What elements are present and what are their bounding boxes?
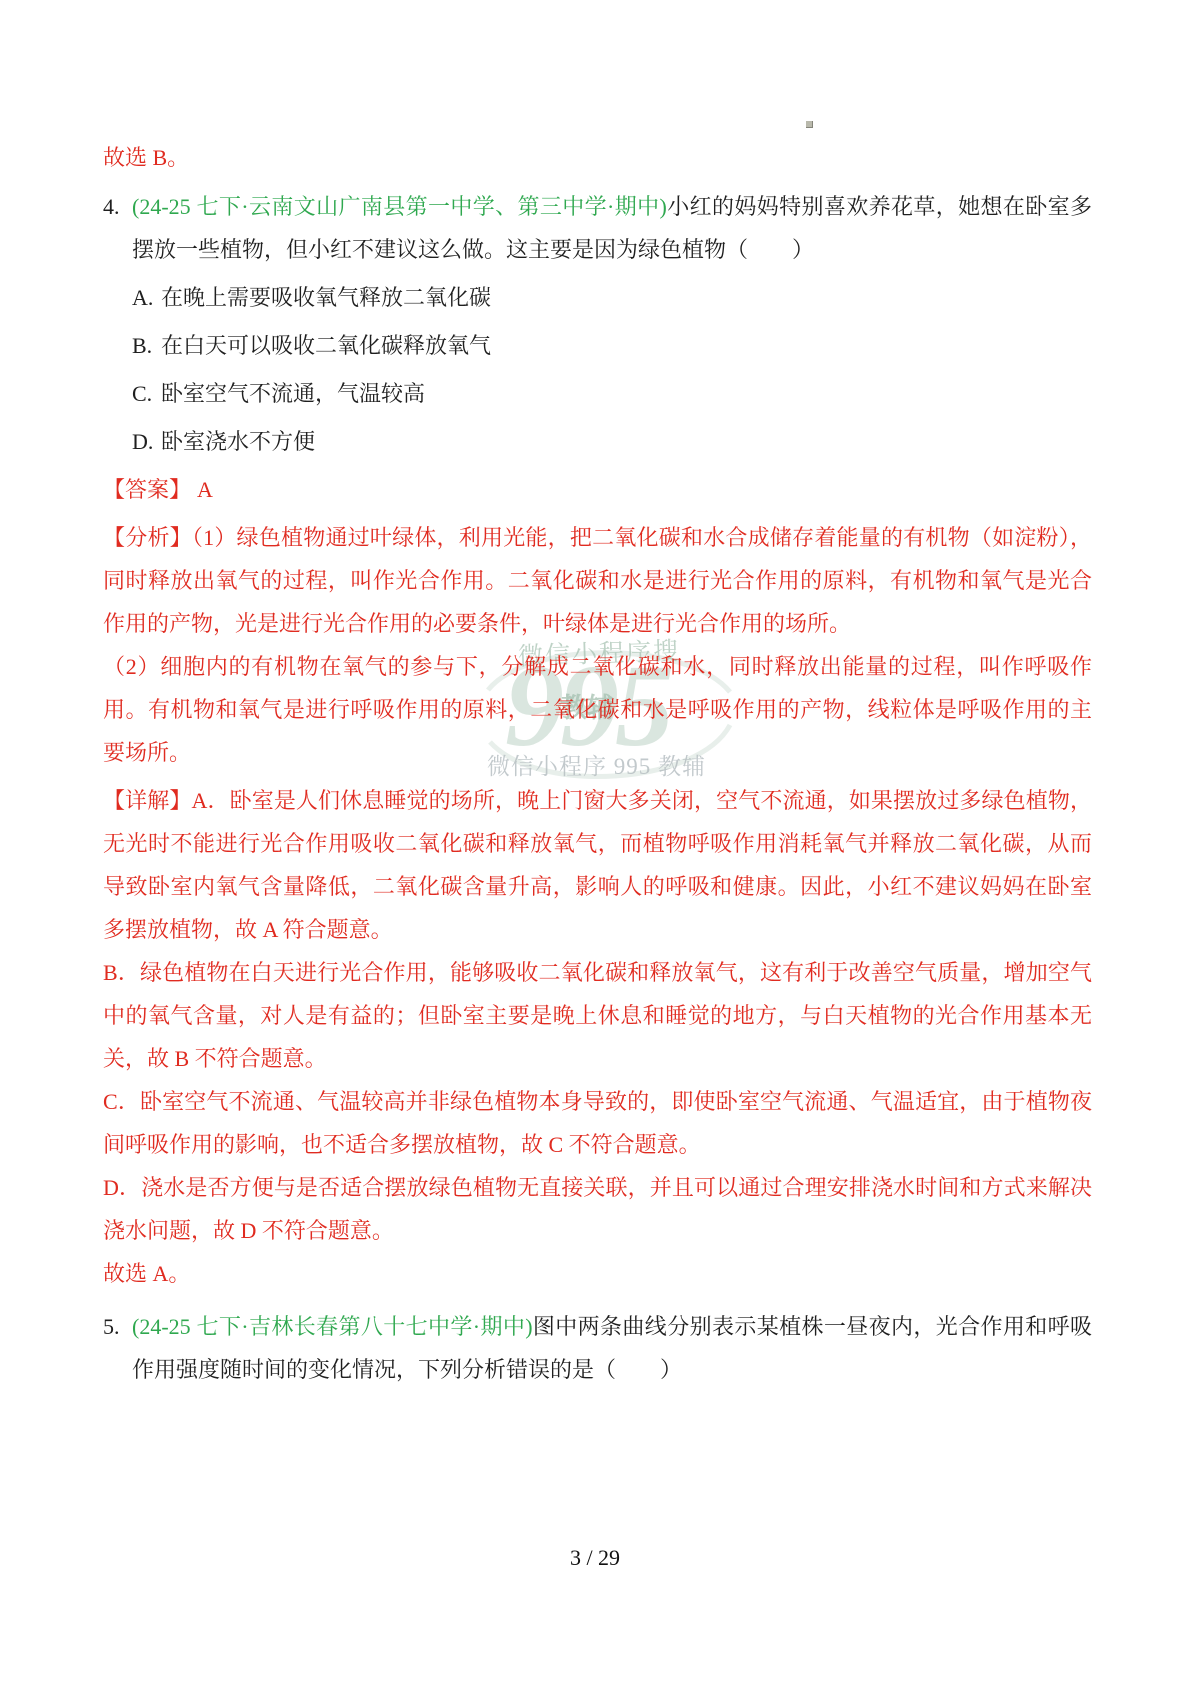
detail-paragraph-a: 【详解】A．卧室是人们休息睡觉的场所，晚上门窗大多关闭，空气不流通，如果摆放过多… — [103, 779, 1092, 951]
option-a-label: A. — [132, 276, 161, 319]
detail-text-a: A．卧室是人们休息睡觉的场所，晚上门窗大多关闭，空气不流通，如果摆放过多绿色植物… — [103, 788, 1092, 942]
option-c-text: 卧室空气不流通，气温较高 — [161, 381, 425, 406]
detail-paragraph-c: C．卧室空气不流通、气温较高并非绿色植物本身导致的，即使卧室空气流通、气温适宜，… — [103, 1080, 1092, 1166]
page-number: 3 / 29 — [0, 1545, 1190, 1571]
document-page: 995 微信小程序搜 教辅 微信小程序 995 教辅 故选 B。 4.(24-2… — [0, 0, 1190, 1683]
option-b: B.在白天可以吸收二氧化碳释放氧气 — [103, 324, 1092, 367]
detail-label: 【详解】 — [103, 788, 191, 813]
answer-label: 【答案】 — [103, 477, 191, 502]
document-body: 故选 B。 4.(24-25 七下·云南文山广南县第一中学、第三中学·期中)小红… — [0, 0, 1190, 1391]
option-c-label: C. — [132, 372, 161, 415]
option-d: D.卧室浇水不方便 — [103, 420, 1092, 463]
detail-paragraph-d: D．浇水是否方便与是否适合摆放绿色植物无直接关联，并且可以通过合理安排浇水时间和… — [103, 1166, 1092, 1252]
answer-line: 【答案】A — [103, 468, 1092, 511]
detail-paragraph-b: B．绿色植物在白天进行光合作用，能够吸收二氧化碳和释放氧气，这有利于改善空气质量… — [103, 951, 1092, 1080]
option-b-label: B. — [132, 324, 161, 367]
analysis-text-1: （1）绿色植物通过叶绿体，利用光能，把二氧化碳和水合成储存着能量的有机物（如淀粉… — [103, 525, 1092, 636]
question-4-source: (24-25 七下·云南文山广南县第一中学、第三中学·期中) — [132, 194, 667, 219]
answer-value: A — [197, 477, 213, 502]
option-d-text: 卧室浇水不方便 — [161, 429, 315, 454]
question-5: 5.(24-25 七下·吉林长春第八十七中学·期中)图中两条曲线分别表示某植株一… — [103, 1305, 1092, 1391]
option-a: A.在晚上需要吸收氧气释放二氧化碳 — [103, 276, 1092, 319]
question-4-number: 4. — [103, 185, 132, 228]
analysis-paragraph-1: 【分析】（1）绿色植物通过叶绿体，利用光能，把二氧化碳和水合成储存着能量的有机物… — [103, 516, 1092, 645]
option-d-label: D. — [132, 420, 161, 463]
question-5-stem-line: 5.(24-25 七下·吉林长春第八十七中学·期中)图中两条曲线分别表示某植株一… — [103, 1305, 1092, 1391]
option-a-text: 在晚上需要吸收氧气释放二氧化碳 — [161, 285, 491, 310]
question-4: 4.(24-25 七下·云南文山广南县第一中学、第三中学·期中)小红的妈妈特别喜… — [103, 185, 1092, 1295]
analysis-paragraph-2: （2）细胞内的有机物在氧气的参与下，分解成二氧化碳和水，同时释放出能量的过程，叫… — [103, 645, 1092, 774]
question-4-stem-line: 4.(24-25 七下·云南文山广南县第一中学、第三中学·期中)小红的妈妈特别喜… — [103, 185, 1092, 271]
question-4-options: A.在晚上需要吸收氧气释放二氧化碳 B.在白天可以吸收二氧化碳释放氧气 C.卧室… — [103, 276, 1092, 463]
prev-question-conclusion: 故选 B。 — [103, 136, 1092, 179]
analysis-label: 【分析】 — [103, 525, 192, 550]
option-b-text: 在白天可以吸收二氧化碳释放氧气 — [161, 333, 491, 358]
question-5-source: (24-25 七下·吉林长春第八十七中学·期中) — [132, 1314, 533, 1339]
question-5-number: 5. — [103, 1305, 132, 1348]
question-4-conclusion: 故选 A。 — [103, 1252, 1092, 1295]
option-c: C.卧室空气不流通，气温较高 — [103, 372, 1092, 415]
